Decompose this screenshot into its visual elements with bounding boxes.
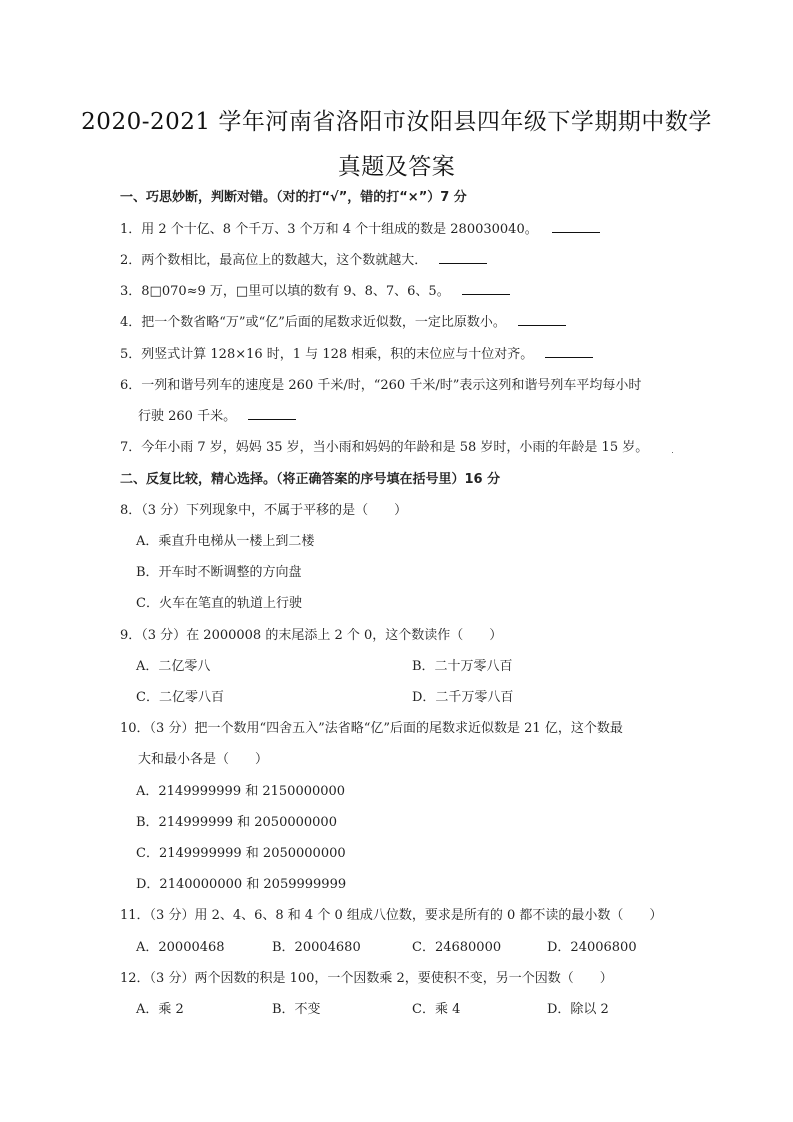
q9-option-b[interactable]: B．二十万零八百 bbox=[412, 655, 513, 674]
question-6-cont-text: 行驶 260 千米。 bbox=[138, 409, 236, 424]
question-12: 12．（3 分）两个因数的积是 100，一个因数乘 2，要使积不变，另一个因数（… bbox=[120, 967, 613, 986]
question-9: 9．（3 分）在 2000008 的末尾添上 2 个 0，这个数读作（ ） bbox=[120, 624, 502, 643]
q9-option-a[interactable]: A．二亿零八 bbox=[136, 655, 210, 674]
question-3-text: 3．8□070≈9 万，□里可以填的数有 9、8、7、6、5。 bbox=[120, 284, 450, 299]
answer-blank-2[interactable] bbox=[439, 251, 487, 264]
question-6-text: 6．一列和谐号列车的速度是 260 千米/时，“260 千米/时”表示这列和谐号… bbox=[120, 378, 641, 393]
question-4-text: 4．把一个数省略“万”或“亿”后面的尾数求近似数，一定比原数小。 bbox=[120, 315, 506, 330]
q11-option-d[interactable]: D．24006800 bbox=[547, 936, 637, 955]
q10-option-d[interactable]: D．2140000000 和 2059999999 bbox=[136, 873, 346, 892]
section2-heading: 二、反复比较，精心选择。（将正确答案的序号填在括号里）16 分 bbox=[120, 468, 500, 487]
answer-blank-1[interactable] bbox=[552, 220, 600, 233]
question-8: 8．（3 分）下列现象中，不属于平移的是（ ） bbox=[120, 499, 407, 518]
q10-option-c[interactable]: C．2149999999 和 2050000000 bbox=[136, 842, 346, 861]
question-11: 11．（3 分）用 2、4、6、8 和 4 个 0 组成八位数，要求是所有的 0… bbox=[120, 904, 662, 923]
q9-option-c[interactable]: C．二亿零八百 bbox=[136, 686, 224, 705]
answer-blank-4[interactable] bbox=[518, 313, 566, 326]
answer-blank-5[interactable] bbox=[545, 345, 593, 358]
q9-option-d[interactable]: D．二千万零八百 bbox=[412, 686, 513, 705]
page-title-line2: 真题及答案 bbox=[0, 148, 793, 181]
section1-heading: 一、巧思妙断，判断对错。（对的打“√”，错的打“×”）7 分 bbox=[120, 186, 467, 205]
question-2: 2．两个数相比，最高位上的数越大，这个数就越大． bbox=[120, 249, 487, 268]
question-2-text: 2．两个数相比，最高位上的数越大，这个数就越大． bbox=[120, 253, 427, 268]
question-7: 7．今年小雨 7 岁，妈妈 35 岁，当小雨和妈妈的年龄和是 58 岁时，小雨的… bbox=[120, 436, 648, 455]
question-5-text: 5．列竖式计算 128×16 时，1 与 128 相乘，积的末位应与十位对齐。 bbox=[120, 347, 533, 362]
question-10-continued: 大和最小各是（ ） bbox=[138, 748, 268, 767]
question-4: 4．把一个数省略“万”或“亿”后面的尾数求近似数，一定比原数小。 bbox=[120, 311, 566, 330]
q8-option-a[interactable]: A．乘直升电梯从一楼上到二楼 bbox=[136, 530, 314, 549]
q10-option-b[interactable]: B．214999999 和 2050000000 bbox=[136, 811, 337, 830]
question-6-continued: 行驶 260 千米。 bbox=[138, 405, 296, 424]
q12-option-a[interactable]: A．乘 2 bbox=[136, 998, 184, 1017]
question-1-text: 1．用 2 个十亿、8 个千万、3 个万和 4 个十组成的数是 28003004… bbox=[120, 222, 538, 237]
answer-blank-3[interactable] bbox=[462, 282, 510, 295]
question-10: 10．（3 分）把一个数用“四舍五入”法省略“亿”后面的尾数求近似数是 21 亿… bbox=[120, 717, 623, 736]
question-3: 3．8□070≈9 万，□里可以填的数有 9、8、7、6、5。 bbox=[120, 280, 510, 299]
question-6: 6．一列和谐号列车的速度是 260 千米/时，“260 千米/时”表示这列和谐号… bbox=[120, 374, 641, 393]
question-7-text: 7．今年小雨 7 岁，妈妈 35 岁，当小雨和妈妈的年龄和是 58 岁时，小雨的… bbox=[120, 440, 648, 455]
q12-option-c[interactable]: C．乘 4 bbox=[412, 998, 460, 1017]
q11-option-b[interactable]: B．20004680 bbox=[272, 936, 361, 955]
q12-option-b[interactable]: B．不变 bbox=[272, 998, 321, 1017]
q11-option-c[interactable]: C．24680000 bbox=[412, 936, 501, 955]
page-title-line1: 2020-2021 学年河南省洛阳市汝阳县四年级下学期期中数学 bbox=[0, 103, 793, 136]
stray-dot bbox=[672, 452, 673, 453]
q11-option-a[interactable]: A．20000468 bbox=[136, 936, 225, 955]
question-5: 5．列竖式计算 128×16 时，1 与 128 相乘，积的末位应与十位对齐。 bbox=[120, 343, 593, 362]
q12-option-d[interactable]: D．除以 2 bbox=[547, 998, 609, 1017]
answer-blank-6[interactable] bbox=[248, 407, 296, 420]
q10-option-a[interactable]: A．2149999999 和 2150000000 bbox=[136, 780, 345, 799]
question-1: 1．用 2 个十亿、8 个千万、3 个万和 4 个十组成的数是 28003004… bbox=[120, 218, 600, 237]
q8-option-b[interactable]: B．开车时不断调整的方向盘 bbox=[136, 561, 302, 580]
q8-option-c[interactable]: C．火车在笔直的轨道上行驶 bbox=[136, 592, 302, 611]
